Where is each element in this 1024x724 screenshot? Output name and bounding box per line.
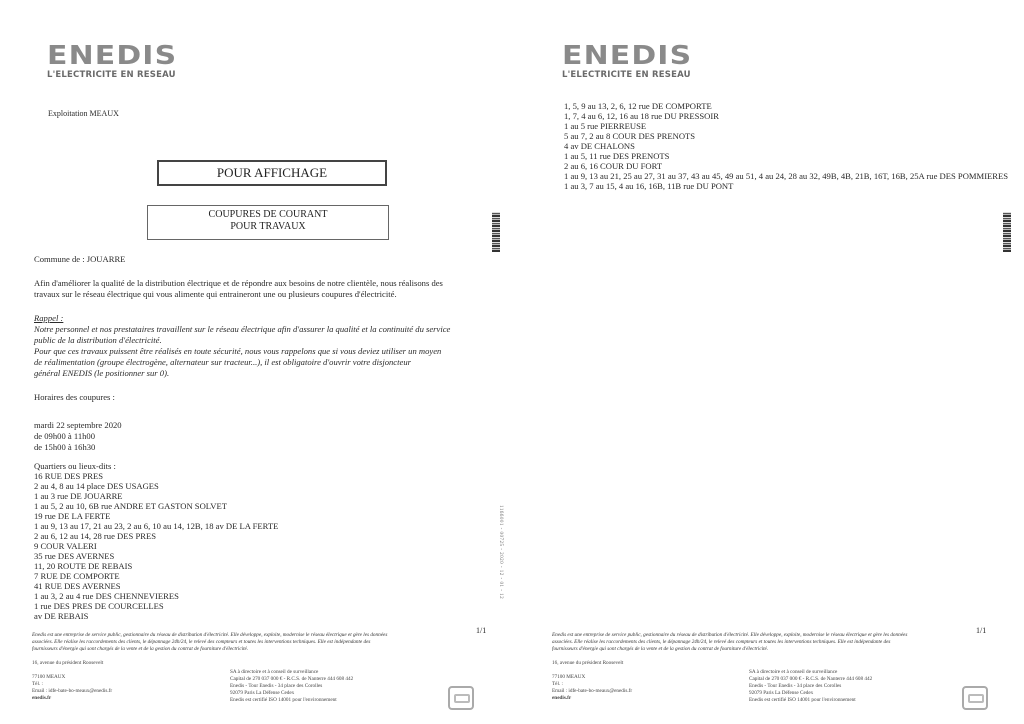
list-item: 1 au 5, 2 au 10, 6B rue ANDRE ET GASTON … — [34, 501, 278, 511]
legal-line: fournisseurs d'énergie qui sont chargés … — [552, 646, 1014, 653]
company-line: SA à directoire et à conseil de surveill… — [749, 669, 872, 676]
quartiers-list-continued: 1, 5, 9 au 13, 2, 6, 12 rue DE COMPORTE … — [564, 101, 1008, 191]
address-line: Tél. : — [552, 681, 632, 688]
website-text: enedis.fr — [552, 695, 632, 702]
enedis-symbol-icon — [448, 686, 474, 710]
legal-line: associées. Elle réalise les raccordement… — [552, 639, 1014, 646]
horaires-title: Horaires des coupures : — [34, 392, 115, 403]
intro-line: travaux sur le réseau électrique qui vou… — [34, 289, 443, 300]
company-line: Enedis - Tour Enedis - 34 place des Coro… — [749, 683, 872, 690]
company-line: SA à directoire et à conseil de surveill… — [230, 669, 353, 676]
rappel-line: public de la distribution d'électricité. — [34, 335, 450, 346]
subject-line-2: POUR TRAVAUX — [148, 221, 388, 233]
address-line: 77100 MEAUX — [32, 674, 112, 681]
company-info: SA à directoire et à conseil de surveill… — [230, 669, 353, 704]
company-line: Capital de 270 037 000 € - R.C.S. de Nan… — [749, 676, 872, 683]
company-line: Enedis est certifié ISO 14001 pour l'env… — [749, 697, 872, 704]
list-item: 5 au 7, 2 au 8 COUR DES PRENOTS — [564, 131, 1008, 141]
time-slot: de 15h00 à 16h30 — [34, 442, 122, 453]
address-line: 77100 MEAUX — [552, 674, 632, 681]
email-text: Email : idfe-bate-bo-meaux@enedis.fr — [32, 688, 112, 695]
address-line — [552, 667, 632, 674]
legal-line: associées. Elle réalise les raccordement… — [32, 639, 502, 646]
intro-line: Afin d'améliorer la qualité de la distri… — [34, 278, 443, 289]
list-item: 11, 20 ROUTE DE REBAIS — [34, 561, 278, 571]
outage-date: mardi 22 septembre 2020 — [34, 420, 122, 431]
pour-affichage-box: POUR AFFICHAGE — [157, 160, 387, 186]
left-page: ENEDIS L'ELECTRICITE EN RESEAU Exploitat… — [0, 0, 512, 724]
list-item: 4 av DE CHALONS — [564, 141, 1008, 151]
list-item: 1 au 3, 7 au 15, 4 au 16, 16B, 11B rue D… — [564, 181, 1008, 191]
legal-line: Enedis est une entreprise de service pub… — [552, 632, 1014, 639]
rappel-line: Pour que ces travaux puissent être réali… — [34, 346, 450, 357]
list-item: 1, 7, 4 au 6, 12, 16 au 18 rue DU PRESSO… — [564, 111, 1008, 121]
logo-wordmark: ENEDIS — [47, 44, 195, 68]
company-line: Enedis - Tour Enedis - 34 place des Coro… — [230, 683, 353, 690]
quartiers-list: Quartiers ou lieux-dits : 16 RUE DES PRE… — [34, 461, 278, 621]
right-page: ENEDIS L'ELECTRICITE EN RESEAU 1, 5, 9 a… — [512, 0, 1024, 724]
logo-wordmark: ENEDIS — [562, 44, 710, 68]
time-slot: de 09h00 à 11h00 — [34, 431, 122, 442]
schedule: mardi 22 septembre 2020 de 09h00 à 11h00… — [34, 420, 122, 453]
list-item: 1 au 5 rue PIERREUSE — [564, 121, 1008, 131]
address-line: 16, avenue du président Roosevelt — [552, 660, 632, 667]
enedis-logo: ENEDIS L'ELECTRICITE EN RESEAU — [47, 44, 176, 80]
address-block: 16, avenue du président Roosevelt 77100 … — [32, 660, 112, 702]
website-text: enedis.fr — [32, 695, 112, 702]
list-item: 1 au 3 rue DE JOUARRE — [34, 491, 278, 501]
email-text: Email : idfe-bate-bo-meaux@enedis.fr — [552, 688, 632, 695]
rappel-line: général ENEDIS (le positionner sur 0). — [34, 368, 450, 379]
company-info: SA à directoire et à conseil de surveill… — [749, 669, 872, 704]
subject-box: COUPURES DE COURANT POUR TRAVAUX — [147, 205, 389, 240]
address-line: 16, avenue du président Roosevelt — [32, 660, 112, 667]
address-line — [32, 667, 112, 674]
intro-paragraph: Afin d'améliorer la qualité de la distri… — [34, 278, 443, 300]
rappel-line: de réalimentation (groupe électrogène, a… — [34, 357, 450, 368]
list-item: 7 RUE DE COMPORTE — [34, 571, 278, 581]
list-item: 1 au 3, 2 au 4 rue DES CHENNEVIERES — [34, 591, 278, 601]
list-item: 16 RUE DES PRES — [34, 471, 278, 481]
datamatrix-code — [492, 212, 500, 252]
list-item: av DE REBAIS — [34, 611, 278, 621]
list-item: 19 rue DE LA FERTE — [34, 511, 278, 521]
address-line: Tél. : — [32, 681, 112, 688]
legal-line: fournisseurs d'énergie qui sont chargés … — [32, 646, 502, 653]
list-item: 1 rue DES PRES DE COURCELLES — [34, 601, 278, 611]
company-line: 92079 Paris La Défense Cedex — [749, 690, 872, 697]
list-item: 41 RUE DES AVERNES — [34, 581, 278, 591]
rappel-title: Rappel : — [34, 313, 450, 324]
company-line: Capital de 270 037 000 € - R.C.S. de Nan… — [230, 676, 353, 683]
subject-line-1: COUPURES DE COURANT — [148, 209, 388, 221]
legal-notice: Enedis est une entreprise de service pub… — [552, 632, 1014, 653]
legal-notice: Enedis est une entreprise de service pub… — [32, 632, 502, 653]
list-item: 2 au 6, 12 au 14, 28 rue DES PRES — [34, 531, 278, 541]
list-item: 9 COUR VALERI — [34, 541, 278, 551]
logo-tagline: L'ELECTRICITE EN RESEAU — [562, 70, 691, 80]
quartiers-title: Quartiers ou lieux-dits : — [34, 461, 278, 471]
list-item: 1, 5, 9 au 13, 2, 6, 12 rue DE COMPORTE — [564, 101, 1008, 111]
datamatrix-code — [1003, 212, 1011, 252]
legal-line: Enedis est une entreprise de service pub… — [32, 632, 502, 639]
commune: Commune de : JOUARRE — [34, 254, 125, 265]
list-item: 1 au 9, 13 au 21, 25 au 27, 31 au 37, 43… — [564, 171, 1008, 181]
list-item: 35 rue DES AVERNES — [34, 551, 278, 561]
rappel-line: Notre personnel et nos prestataires trav… — [34, 324, 450, 335]
list-item: 1 au 5, 11 rue DES PRENOTS — [564, 151, 1008, 161]
enedis-logo: ENEDIS L'ELECTRICITE EN RESEAU — [562, 44, 691, 80]
list-item: 2 au 4, 8 au 14 place DES USAGES — [34, 481, 278, 491]
address-block: 16, avenue du président Roosevelt 77100 … — [552, 660, 632, 702]
scan-code-text: 1166001 - 00725 - 2020 - 12 - 01 - 12 — [498, 505, 503, 599]
list-item: 1 au 9, 13 au 17, 21 au 23, 2 au 6, 10 a… — [34, 521, 278, 531]
company-line: Enedis est certifié ISO 14001 pour l'env… — [230, 697, 353, 704]
exploitation-label: Exploitation MEAUX — [48, 109, 119, 118]
logo-tagline: L'ELECTRICITE EN RESEAU — [47, 70, 176, 80]
company-line: 92079 Paris La Défense Cedex — [230, 690, 353, 697]
rappel-section: Rappel : Notre personnel et nos prestata… — [34, 313, 450, 379]
list-item: 2 au 6, 16 COUR DU FORT — [564, 161, 1008, 171]
enedis-symbol-icon — [962, 686, 988, 710]
